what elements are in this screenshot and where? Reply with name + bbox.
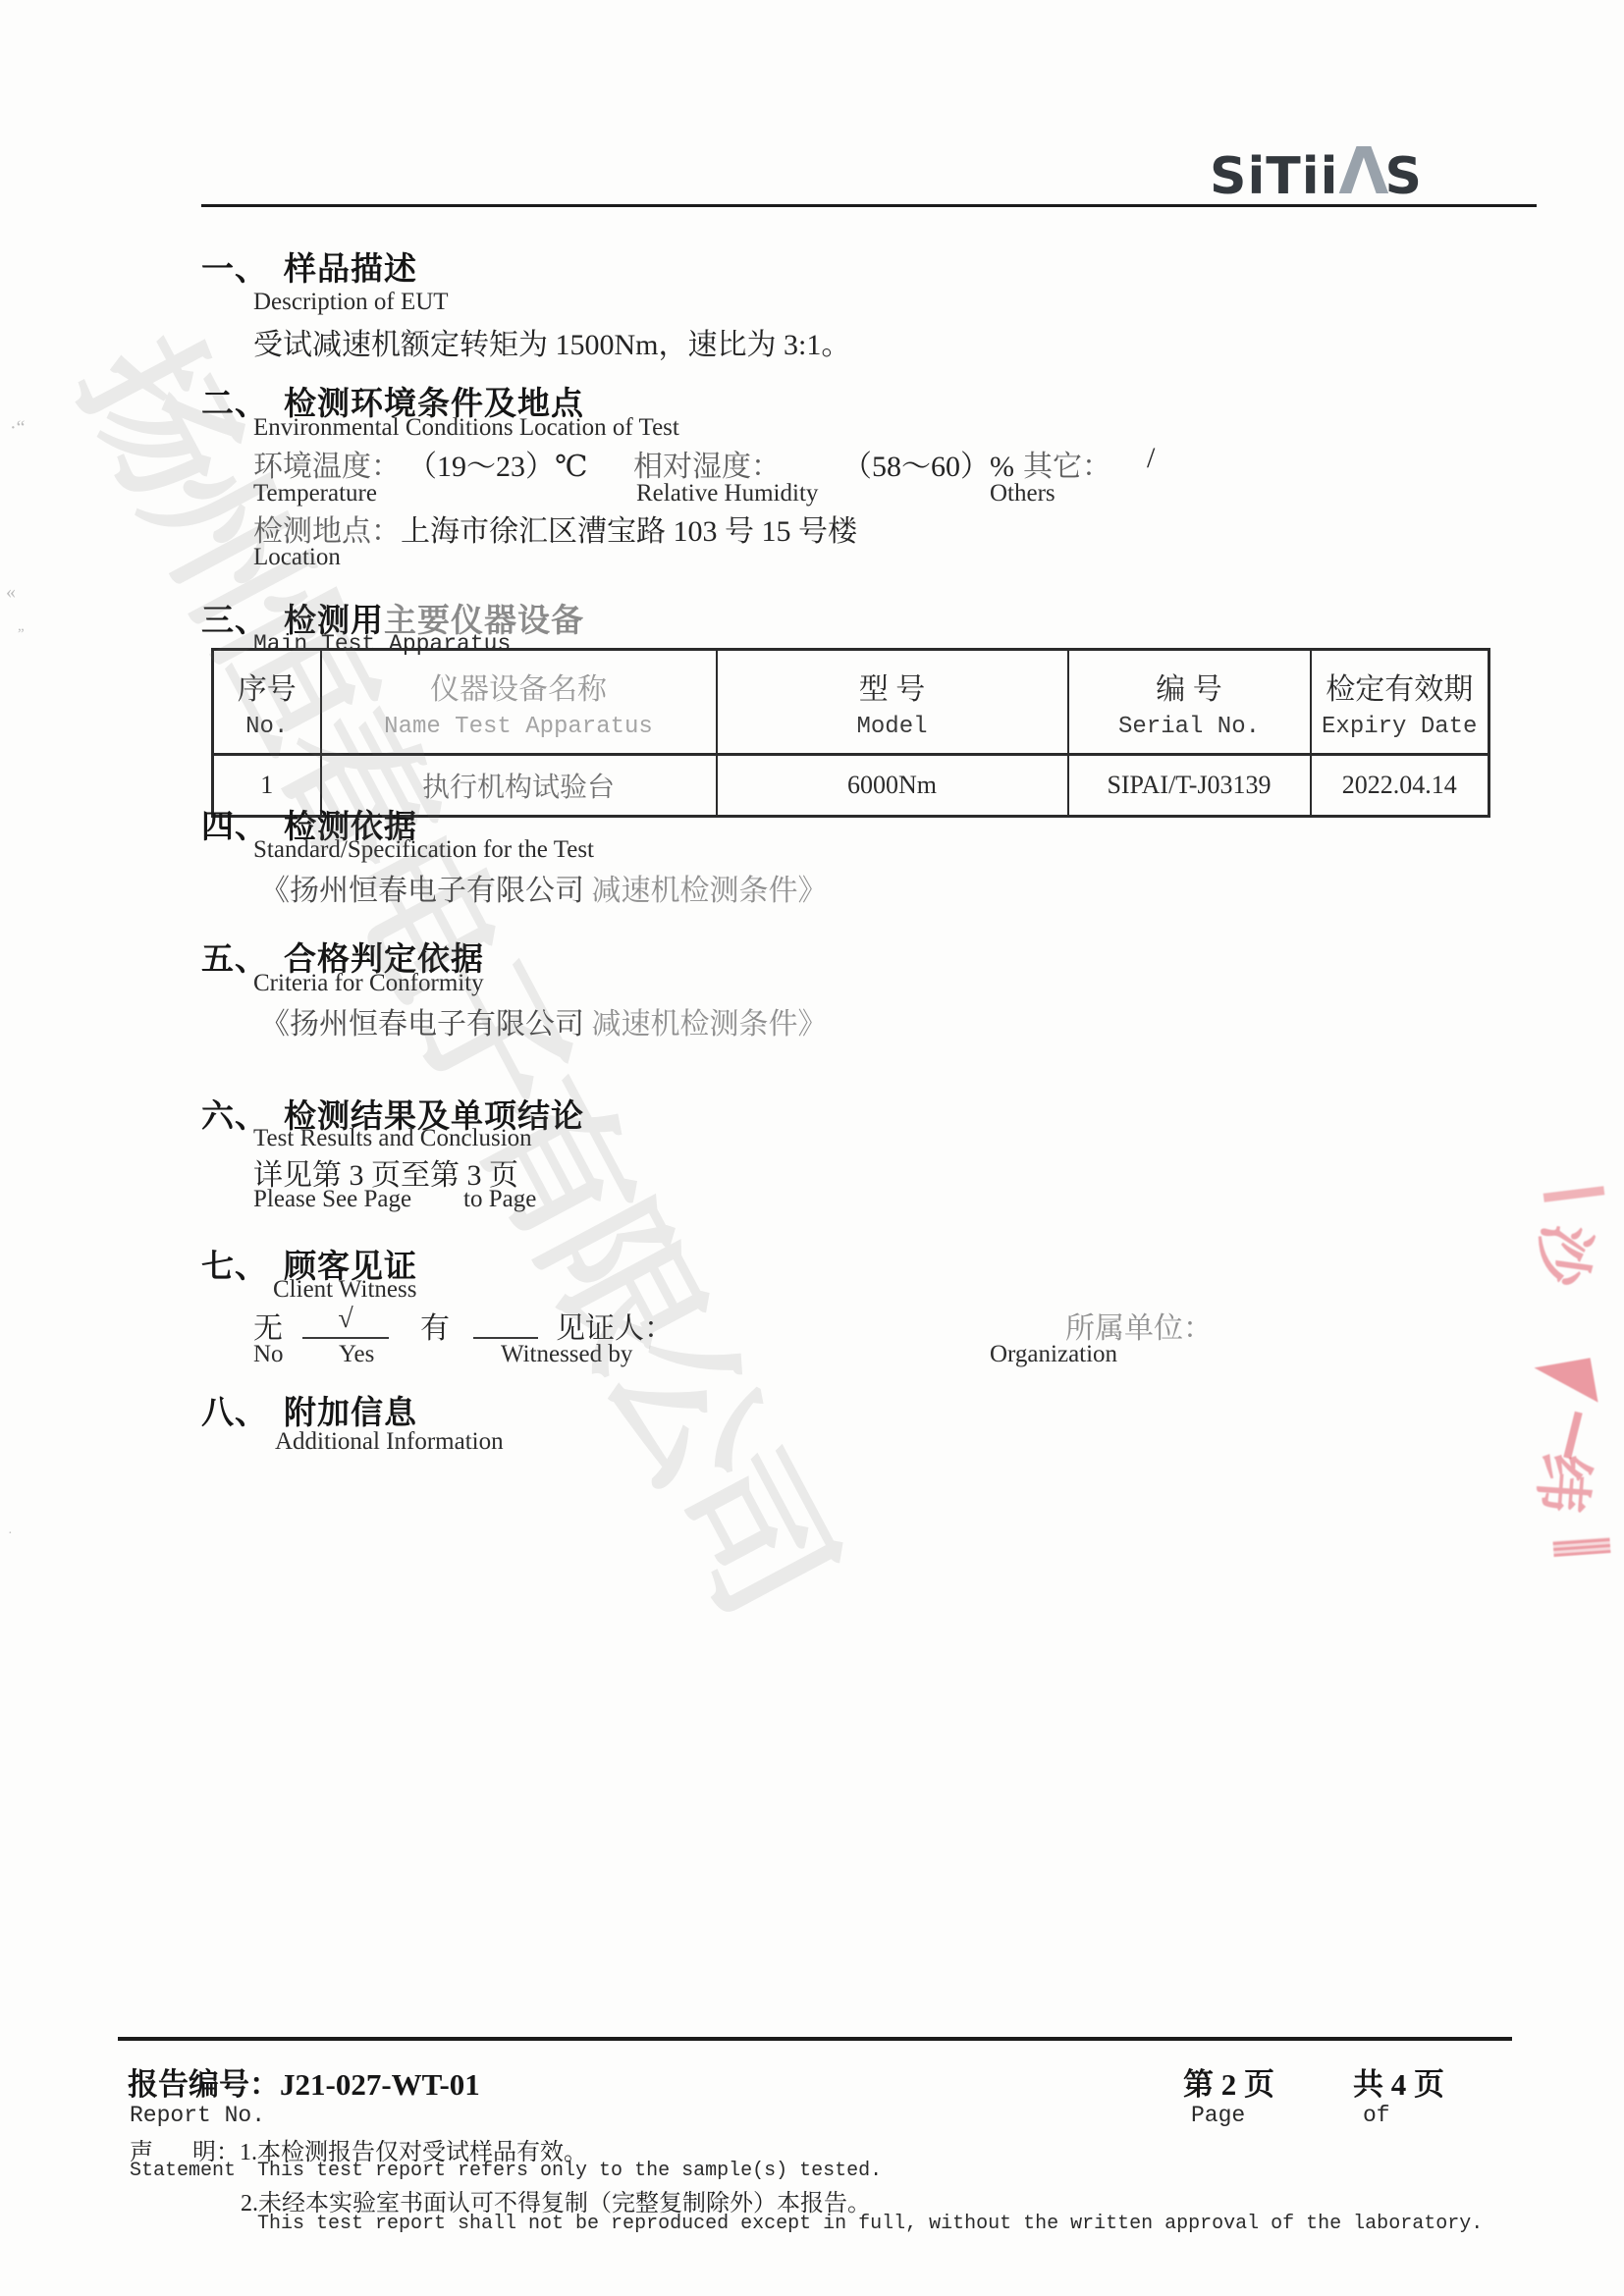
section-7-subtitle: Client Witness	[273, 1276, 416, 1304]
location-sublabel: Location	[253, 544, 341, 571]
section-8-subtitle: Additional Information	[275, 1428, 504, 1456]
section-8-title: 附加信息	[284, 1396, 417, 1431]
section-8-number: 八、	[201, 1396, 268, 1431]
section-2-subtitle: Environmental Conditions Location of Tes…	[253, 414, 679, 442]
witness-no-sublabel: No	[253, 1341, 284, 1368]
location-line: 检测地点：上海市徐汇区漕宝路 103 号 15 号楼	[253, 507, 857, 550]
col-header-model: 型 号 Model	[717, 650, 1068, 755]
logo-text-right: S	[1385, 147, 1423, 206]
others-label: 其它：	[1023, 442, 1111, 485]
section-4-content: 《扬州恒春电子有限公司 减速机检测条件》	[260, 866, 828, 909]
humidity-sublabel: Relative Humidity	[636, 480, 818, 507]
scan-speck: «	[6, 581, 16, 604]
apparatus-header-row: 序号 No. 仪器设备名称 Name Test Apparatus 型 号 Mo…	[213, 650, 1489, 755]
section-5-content: 《扬州恒春电子有限公司 减速机检测条件》	[260, 999, 828, 1042]
section-1-content: 受试减速机额定转矩为 1500Nm，速比为 3:1。	[253, 320, 850, 363]
section-5-subtitle: Criteria for Conformity	[253, 970, 484, 997]
logo-text-left: SiTii	[1210, 147, 1338, 206]
location-value: 上海市徐汇区漕宝路 103 号 15 号楼	[401, 515, 857, 548]
col-header-serial: 编 号 Serial No.	[1068, 650, 1311, 755]
col-header-name: 仪器设备名称 Name Test Apparatus	[321, 650, 717, 755]
section-1-title: 样品描述	[284, 252, 417, 288]
witness-yes-sublabel: Yes	[339, 1341, 374, 1368]
humidity-label: 相对湿度：	[633, 442, 781, 485]
others-sublabel: Others	[990, 480, 1056, 507]
witness-check-mark: √	[338, 1304, 352, 1334]
statement-2-en: This test report shall not be reproduced…	[257, 2213, 1483, 2235]
others-value: /	[1147, 442, 1155, 475]
report-number-value: J21-027-WT-01	[280, 2067, 480, 2102]
section-1-heading: 一、样品描述	[201, 243, 417, 290]
report-number-label: 报告编号：	[128, 2067, 280, 2102]
stamp-fragment-bar-bottom	[1553, 1537, 1611, 1557]
statement-1-en: This test report refers only to the samp…	[257, 2160, 882, 2182]
col-header-no: 序号 No.	[213, 650, 321, 755]
section-4-subtitle: Standard/Specification for the Test	[253, 836, 594, 864]
section-1-number: 一、	[201, 252, 268, 288]
page-number: 第 2 页	[1183, 2059, 1274, 2104]
page-sublabel: Page	[1191, 2103, 1245, 2128]
report-number-line: 报告编号：J21-027-WT-01	[128, 2059, 480, 2104]
statement-label-en: Statement	[130, 2160, 236, 2182]
header-rule	[201, 204, 1537, 207]
section-7-number: 七、	[201, 1250, 268, 1285]
scan-speck: ·“	[10, 417, 26, 440]
cell-serial: SIPAI/T-J03139	[1068, 755, 1311, 817]
report-number-sublabel: Report No.	[130, 2103, 265, 2128]
temperature-label: 环境温度：	[253, 442, 401, 485]
stamp-fragment-upper: 沙	[1521, 1220, 1616, 1293]
witnessed-by-sublabel: Witnessed by	[501, 1341, 632, 1368]
temperature-value: （19～23）℃	[407, 442, 588, 485]
stamp-fragment-bar-top	[1543, 1186, 1605, 1201]
section-8-heading: 八、附加信息	[201, 1387, 417, 1433]
witness-no-checkline: √	[302, 1304, 389, 1339]
col-header-expiry: 检定有效期 Expiry Date	[1311, 650, 1489, 755]
footer-rule	[118, 2037, 1512, 2041]
sitiias-logo: SiTiiΛS	[1210, 139, 1423, 204]
stamp-fragment-lower: 纬	[1523, 1451, 1611, 1516]
page-total: 共 4 页	[1353, 2059, 1444, 2104]
stamp-fragment-wedge	[1534, 1358, 1597, 1412]
cell-expiry: 2022.04.14	[1311, 755, 1489, 817]
organization-sublabel: Organization	[990, 1341, 1117, 1368]
section-6-content-sublabel-b: to Page	[463, 1186, 536, 1213]
of-sublabel: of	[1363, 2103, 1390, 2128]
section-6-subtitle: Test Results and Conclusion	[253, 1125, 532, 1152]
witness-yes-label: 有	[420, 1304, 450, 1347]
scan-speck: ”	[18, 626, 25, 643]
temperature-sublabel: Temperature	[253, 480, 377, 507]
scan-speck: ·	[8, 1526, 13, 1542]
section-6-content-sublabel-a: Please See Page	[253, 1186, 411, 1213]
witness-yes-checkline	[473, 1304, 538, 1339]
section-1-subtitle: Description of EUT	[253, 289, 449, 316]
logo-lambda-icon: Λ	[1338, 133, 1384, 209]
humidity-value: （58～60）%	[842, 442, 1014, 485]
stamp-fragment-stroke	[1563, 1412, 1582, 1460]
apparatus-table: 序号 No. 仪器设备名称 Name Test Apparatus 型 号 Mo…	[211, 648, 1490, 818]
cell-model: 6000Nm	[717, 755, 1068, 817]
report-page: SiTiiΛS 一、样品描述 Description of EUT 受试减速机额…	[0, 0, 1624, 2296]
